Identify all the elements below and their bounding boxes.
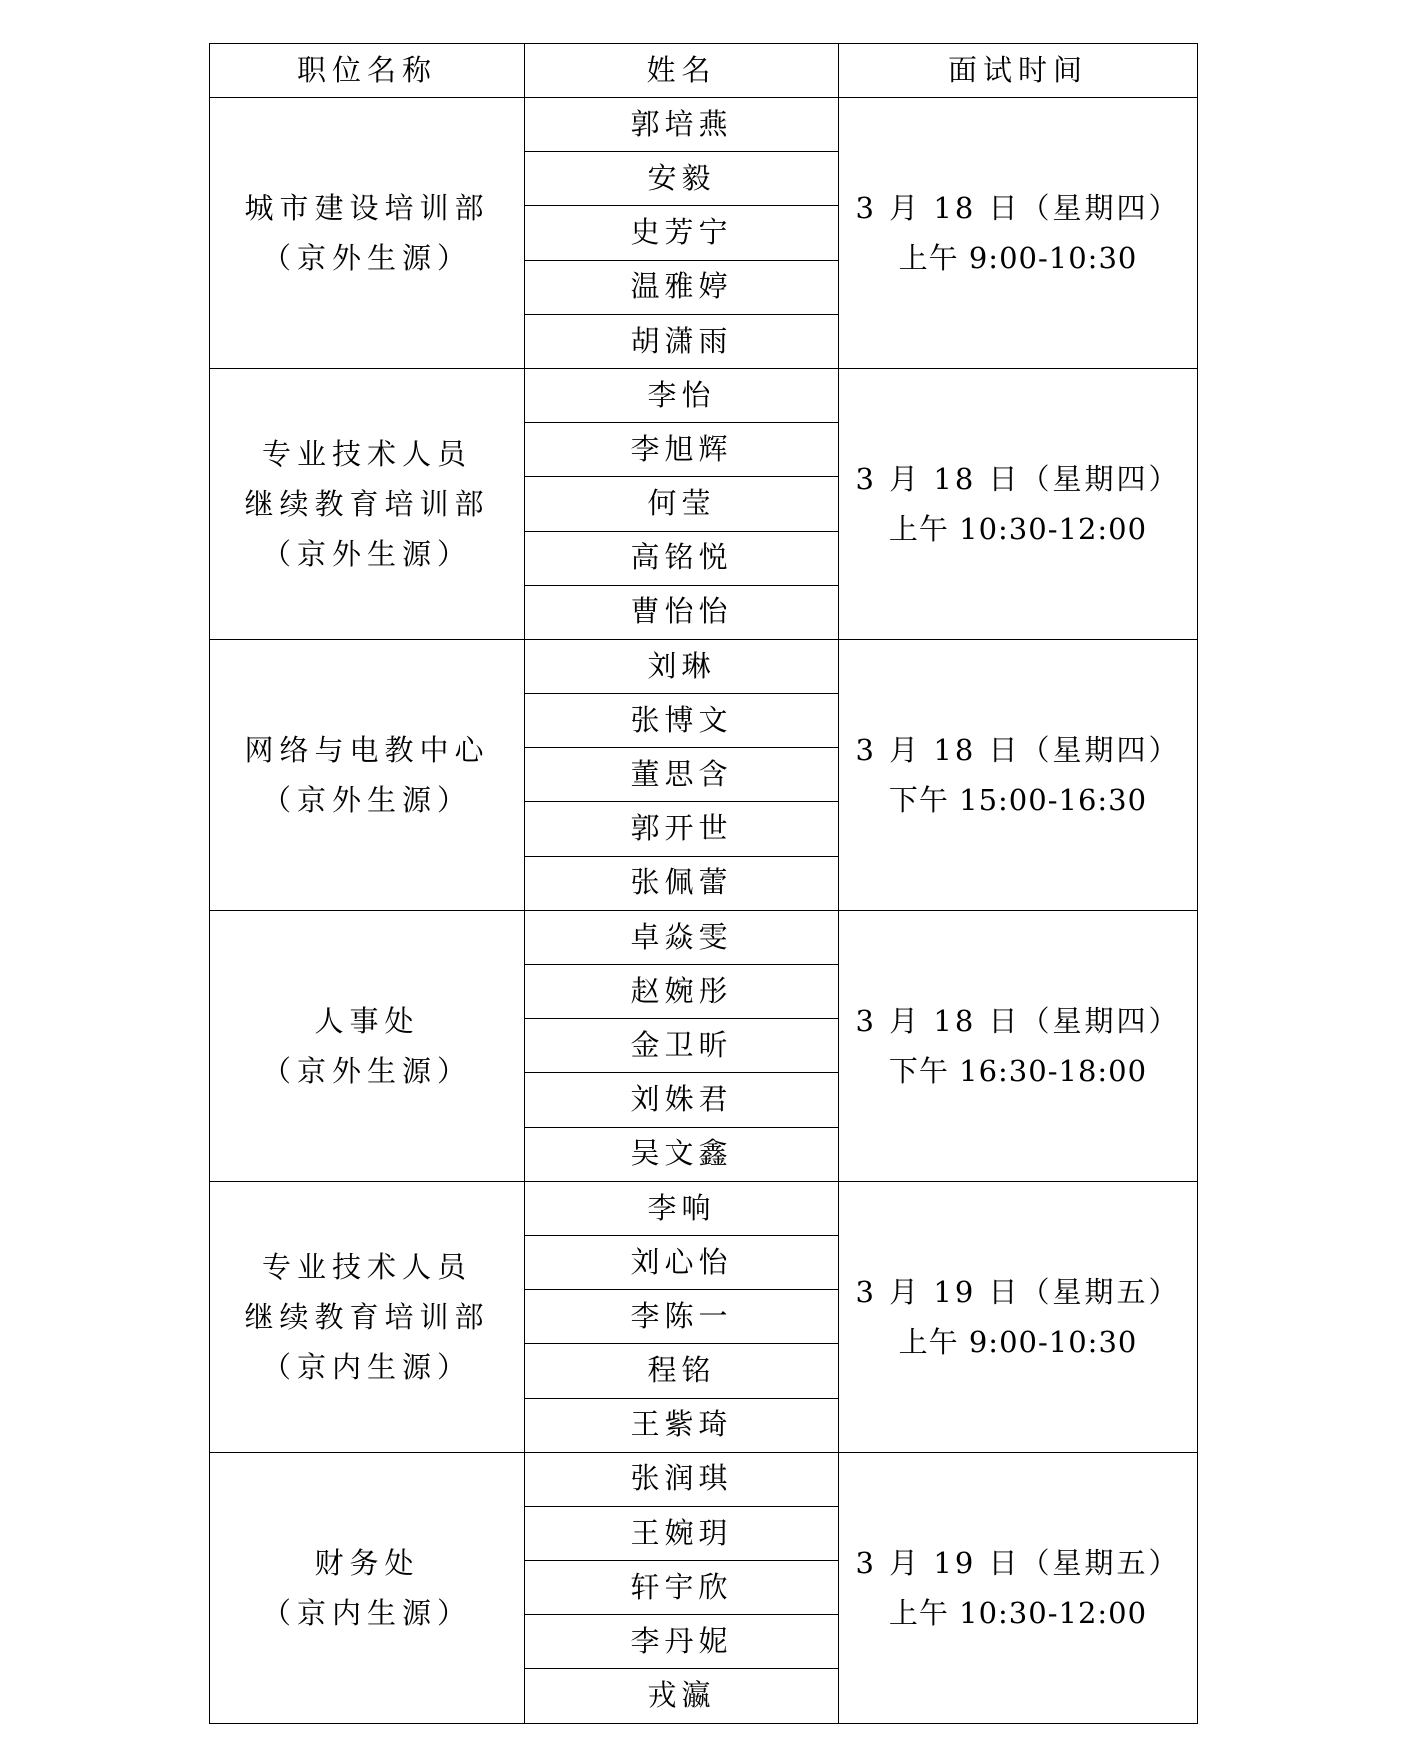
position-line: 财务处 xyxy=(210,1538,524,1588)
candidate-name: 李丹妮 xyxy=(525,1615,839,1669)
position-line: （京内生源） xyxy=(210,1588,524,1638)
interview-time-range: 上午 9:00-10:30 xyxy=(839,1317,1197,1367)
interview-time-range: 下午 15:00-16:30 xyxy=(839,775,1197,825)
candidate-name: 王紫琦 xyxy=(525,1398,839,1452)
interview-time-range: 上午 10:30-12:00 xyxy=(839,504,1197,554)
candidate-name: 何莹 xyxy=(525,477,839,531)
candidate-name: 卓焱雯 xyxy=(525,910,839,964)
interview-time-cell: 3 月 19 日（星期五） 上午 9:00-10:30 xyxy=(839,1181,1198,1452)
table-row: 城市建设培训部 （京外生源） 郭培燕 3 月 18 日（星期四） 上午 9:00… xyxy=(210,98,1198,152)
interview-date: 3 月 18 日（星期四） xyxy=(839,454,1197,504)
candidate-name: 李怡 xyxy=(525,368,839,422)
position-cell: 财务处 （京内生源） xyxy=(210,1452,525,1723)
interview-time-cell: 3 月 18 日（星期四） 下午 15:00-16:30 xyxy=(839,639,1198,910)
candidate-name: 轩宇欣 xyxy=(525,1561,839,1615)
candidate-name: 张博文 xyxy=(525,694,839,748)
candidate-name: 董思含 xyxy=(525,748,839,802)
position-line: 继续教育培训部 xyxy=(210,1292,524,1342)
table-row: 人事处 （京外生源） 卓焱雯 3 月 18 日（星期四） 下午 16:30-18… xyxy=(210,910,1198,964)
candidate-name: 赵婉彤 xyxy=(525,965,839,1019)
interview-date: 3 月 18 日（星期四） xyxy=(839,725,1197,775)
candidate-name: 程铭 xyxy=(525,1344,839,1398)
header-position: 职位名称 xyxy=(210,44,525,98)
position-line: （京外生源） xyxy=(210,775,524,825)
candidate-name: 王婉玥 xyxy=(525,1506,839,1560)
interview-time-range: 上午 10:30-12:00 xyxy=(839,1588,1197,1638)
interview-date: 3 月 19 日（星期五） xyxy=(839,1267,1197,1317)
candidate-name: 戎瀛 xyxy=(525,1669,839,1723)
position-line: 人事处 xyxy=(210,996,524,1046)
interview-time-range: 上午 9:00-10:30 xyxy=(839,233,1197,283)
position-line: 专业技术人员 xyxy=(210,1242,524,1292)
position-cell: 专业技术人员 继续教育培训部 （京内生源） xyxy=(210,1181,525,1452)
candidate-name: 郭开世 xyxy=(525,802,839,856)
candidate-name: 曹怡怡 xyxy=(525,585,839,639)
candidate-name: 刘心怡 xyxy=(525,1235,839,1289)
position-line: 网络与电教中心 xyxy=(210,725,524,775)
position-cell: 人事处 （京外生源） xyxy=(210,910,525,1181)
candidate-name: 刘琳 xyxy=(525,639,839,693)
candidate-name: 胡潇雨 xyxy=(525,314,839,368)
position-line: （京外生源） xyxy=(210,529,524,579)
interview-time-cell: 3 月 18 日（星期四） 上午 10:30-12:00 xyxy=(839,368,1198,639)
candidate-name: 李旭辉 xyxy=(525,423,839,477)
table-row: 专业技术人员 继续教育培训部 （京内生源） 李响 3 月 19 日（星期五） 上… xyxy=(210,1181,1198,1235)
interview-date: 3 月 19 日（星期五） xyxy=(839,1538,1197,1588)
candidate-name: 李响 xyxy=(525,1181,839,1235)
candidate-name: 史芳宁 xyxy=(525,206,839,260)
interview-schedule-table: 职位名称 姓名 面试时间 城市建设培训部 （京外生源） 郭培燕 3 月 18 日… xyxy=(209,43,1198,1724)
interview-date: 3 月 18 日（星期四） xyxy=(839,183,1197,233)
candidate-name: 李陈一 xyxy=(525,1290,839,1344)
position-line: （京外生源） xyxy=(210,1046,524,1096)
candidate-name: 郭培燕 xyxy=(525,98,839,152)
interview-date: 3 月 18 日（星期四） xyxy=(839,996,1197,1046)
position-cell: 专业技术人员 继续教育培训部 （京外生源） xyxy=(210,368,525,639)
position-line: 专业技术人员 xyxy=(210,429,524,479)
position-line: （京外生源） xyxy=(210,233,524,283)
candidate-name: 刘姝君 xyxy=(525,1073,839,1127)
candidate-name: 吴文鑫 xyxy=(525,1127,839,1181)
interview-time-range: 下午 16:30-18:00 xyxy=(839,1046,1197,1096)
header-name: 姓名 xyxy=(525,44,839,98)
position-line: 继续教育培训部 xyxy=(210,479,524,529)
interview-time-cell: 3 月 18 日（星期四） 上午 9:00-10:30 xyxy=(839,98,1198,369)
candidate-name: 张佩蕾 xyxy=(525,856,839,910)
position-line: 城市建设培训部 xyxy=(210,183,524,233)
interview-time-cell: 3 月 18 日（星期四） 下午 16:30-18:00 xyxy=(839,910,1198,1181)
candidate-name: 高铭悦 xyxy=(525,531,839,585)
header-row: 职位名称 姓名 面试时间 xyxy=(210,44,1198,98)
table-row: 网络与电教中心 （京外生源） 刘琳 3 月 18 日（星期四） 下午 15:00… xyxy=(210,639,1198,693)
header-time: 面试时间 xyxy=(839,44,1198,98)
candidate-name: 温雅婷 xyxy=(525,260,839,314)
position-cell: 网络与电教中心 （京外生源） xyxy=(210,639,525,910)
position-cell: 城市建设培训部 （京外生源） xyxy=(210,98,525,369)
candidate-name: 张润琪 xyxy=(525,1452,839,1506)
candidate-name: 安毅 xyxy=(525,152,839,206)
interview-time-cell: 3 月 19 日（星期五） 上午 10:30-12:00 xyxy=(839,1452,1198,1723)
candidate-name: 金卫昕 xyxy=(525,1019,839,1073)
table-row: 财务处 （京内生源） 张润琪 3 月 19 日（星期五） 上午 10:30-12… xyxy=(210,1452,1198,1506)
position-line: （京内生源） xyxy=(210,1342,524,1392)
table-row: 专业技术人员 继续教育培训部 （京外生源） 李怡 3 月 18 日（星期四） 上… xyxy=(210,368,1198,422)
